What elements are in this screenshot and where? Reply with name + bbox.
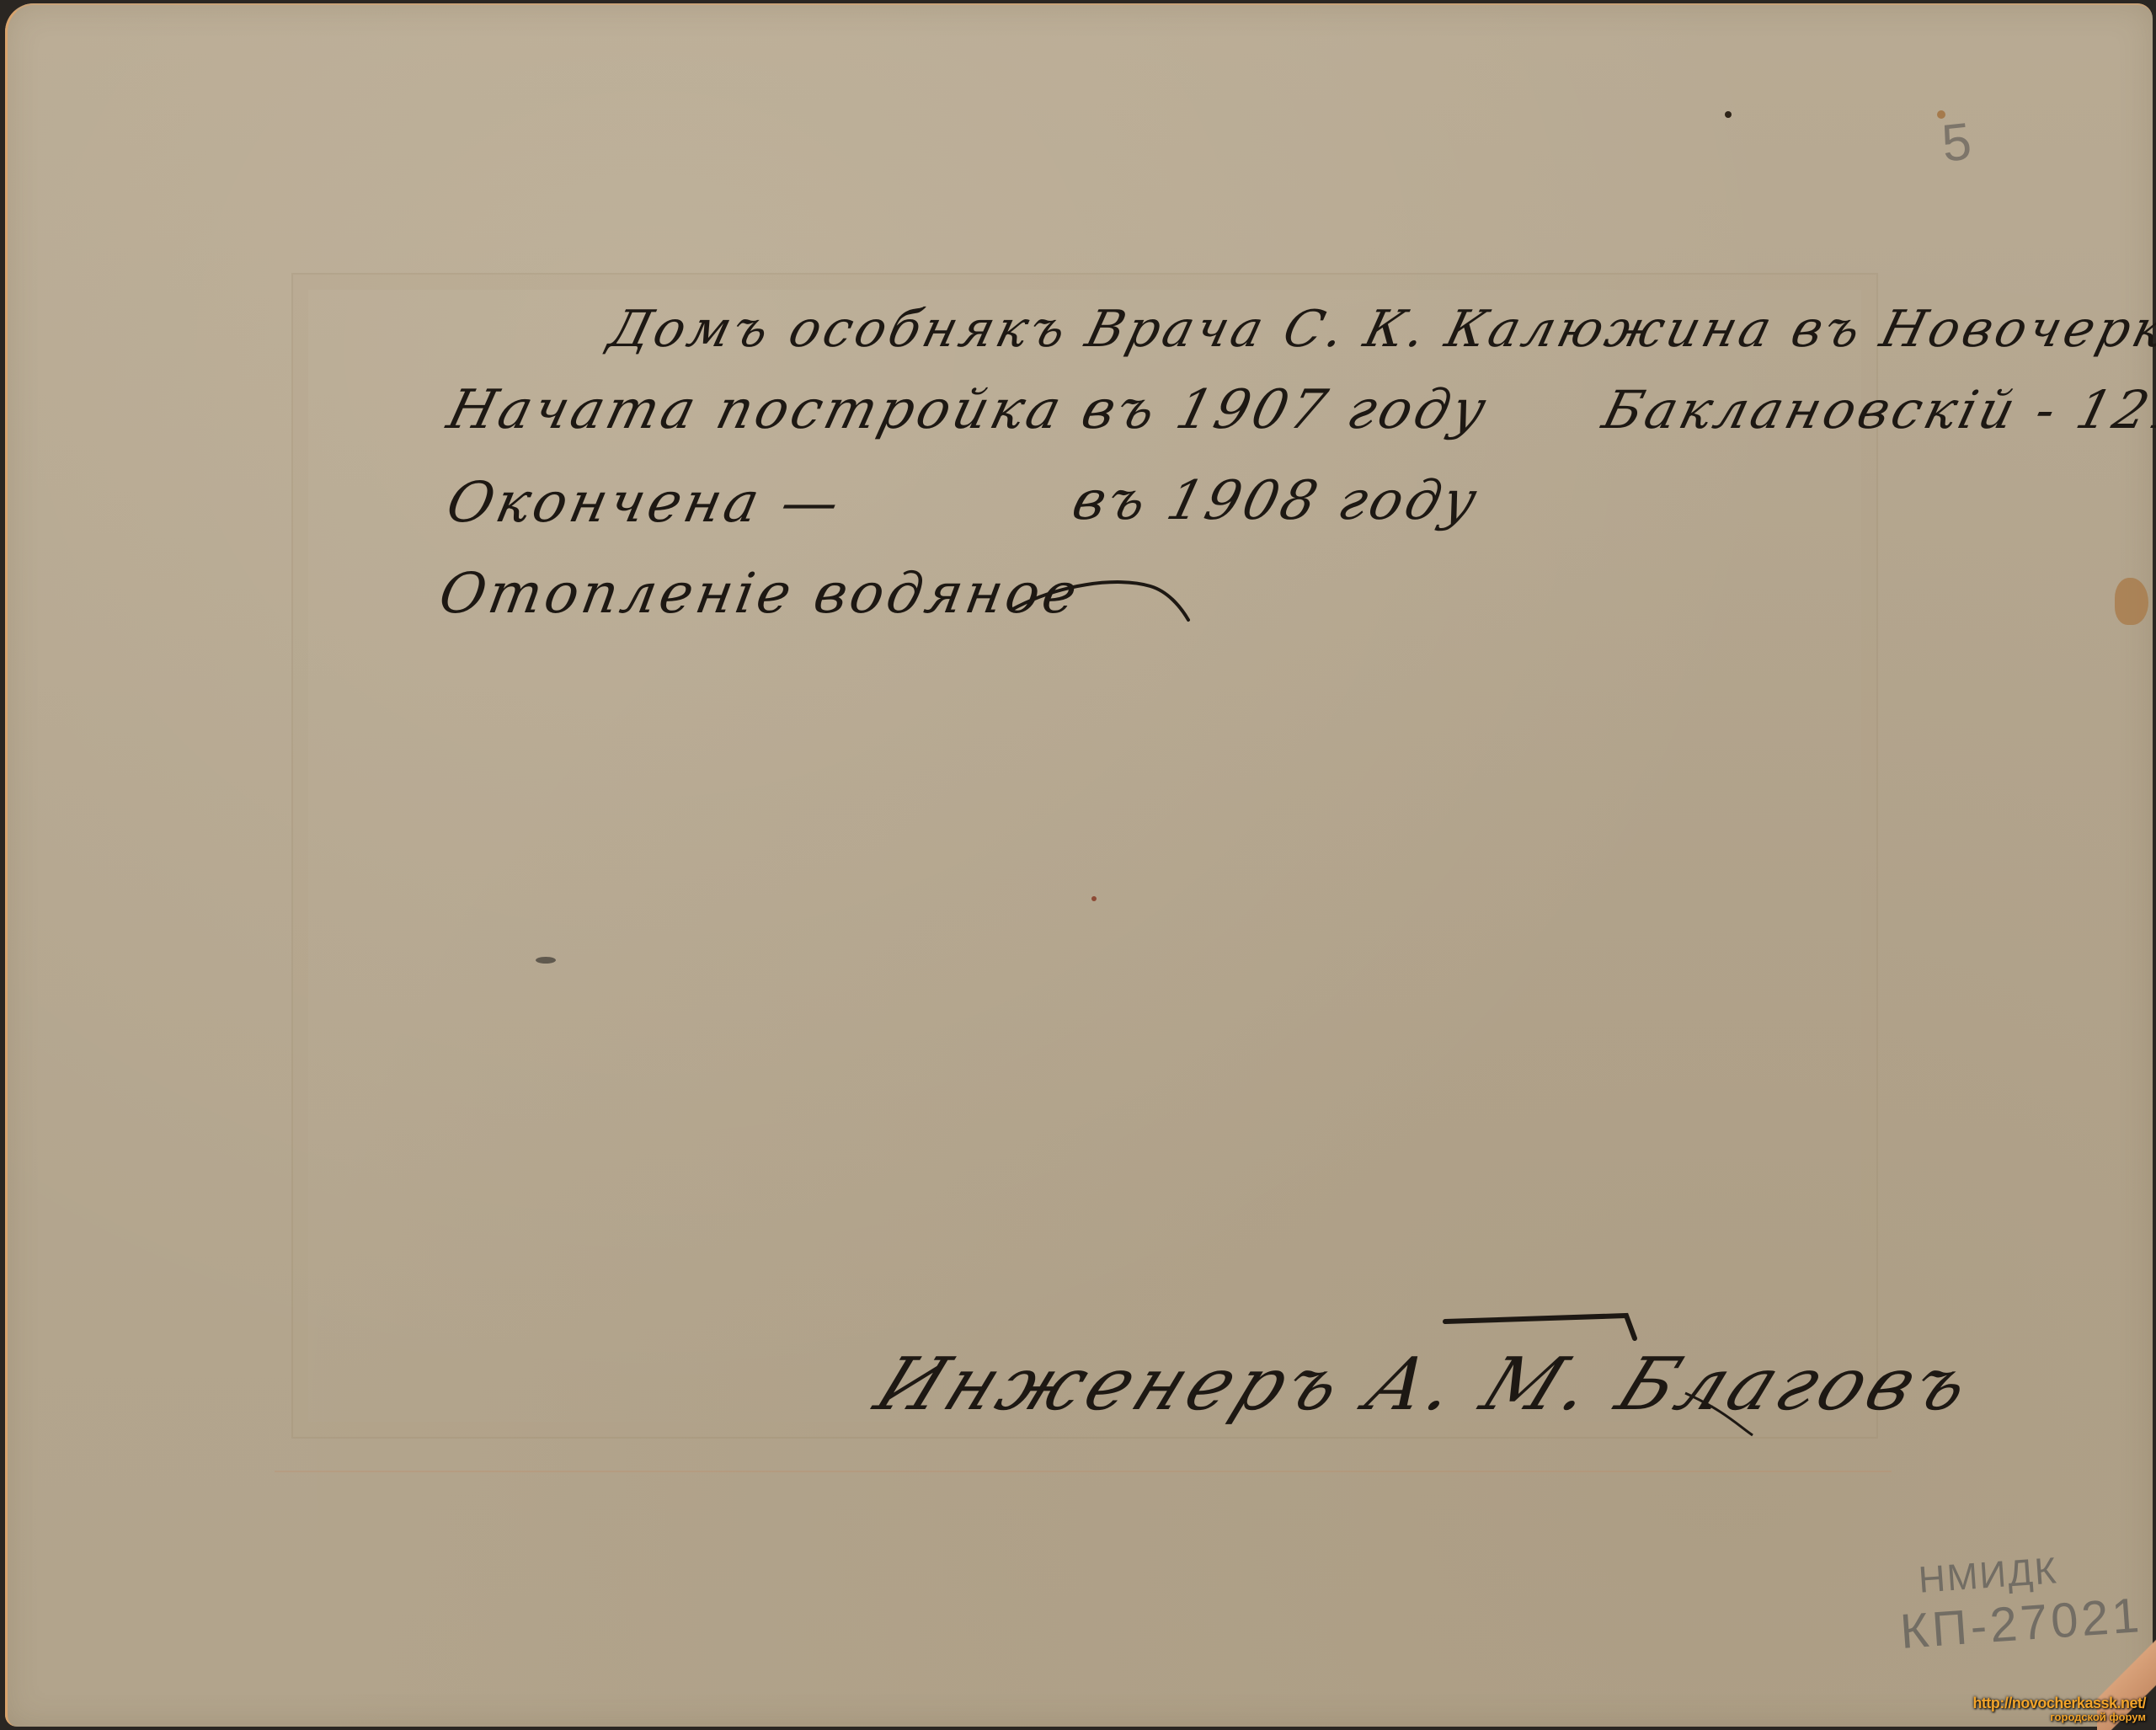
scan-background: 5 Домъ особнякъ Врача С. К. Калюжина въ … xyxy=(0,0,2156,1730)
inscription-line-3: Окончена — xyxy=(441,470,848,535)
inscription-line-2: Начата постройка въ 1907 году xyxy=(441,379,1495,441)
inscription-line-1: Домъ особнякъ Врача С. К. Калюжина въ Но… xyxy=(603,300,2156,359)
page-number: 5 xyxy=(1939,111,1974,174)
inscription-completion-year: въ 1908 году xyxy=(1066,470,1486,532)
inscription-line-4: Отопленіе водяное xyxy=(435,561,1085,626)
signature-underline xyxy=(864,1258,1782,1477)
edge-stain xyxy=(2115,578,2148,625)
photo-mount-card: 5 Домъ особнякъ Врача С. К. Калюжина въ … xyxy=(5,3,2153,1727)
red-speck xyxy=(1091,896,1097,901)
watermark-url: http://novocherkassk.net/ xyxy=(1972,1695,2146,1711)
inscription-address: Баклановскій - 121 xyxy=(1597,379,2156,441)
dark-mark xyxy=(536,957,556,964)
rust-spot xyxy=(1937,110,1945,119)
site-watermark: http://novocherkassk.net/ городской фору… xyxy=(1972,1695,2146,1723)
flourish-stroke xyxy=(1007,576,1193,627)
watermark-subtitle: городской форум xyxy=(1972,1711,2146,1723)
ink-dot xyxy=(1725,111,1732,118)
